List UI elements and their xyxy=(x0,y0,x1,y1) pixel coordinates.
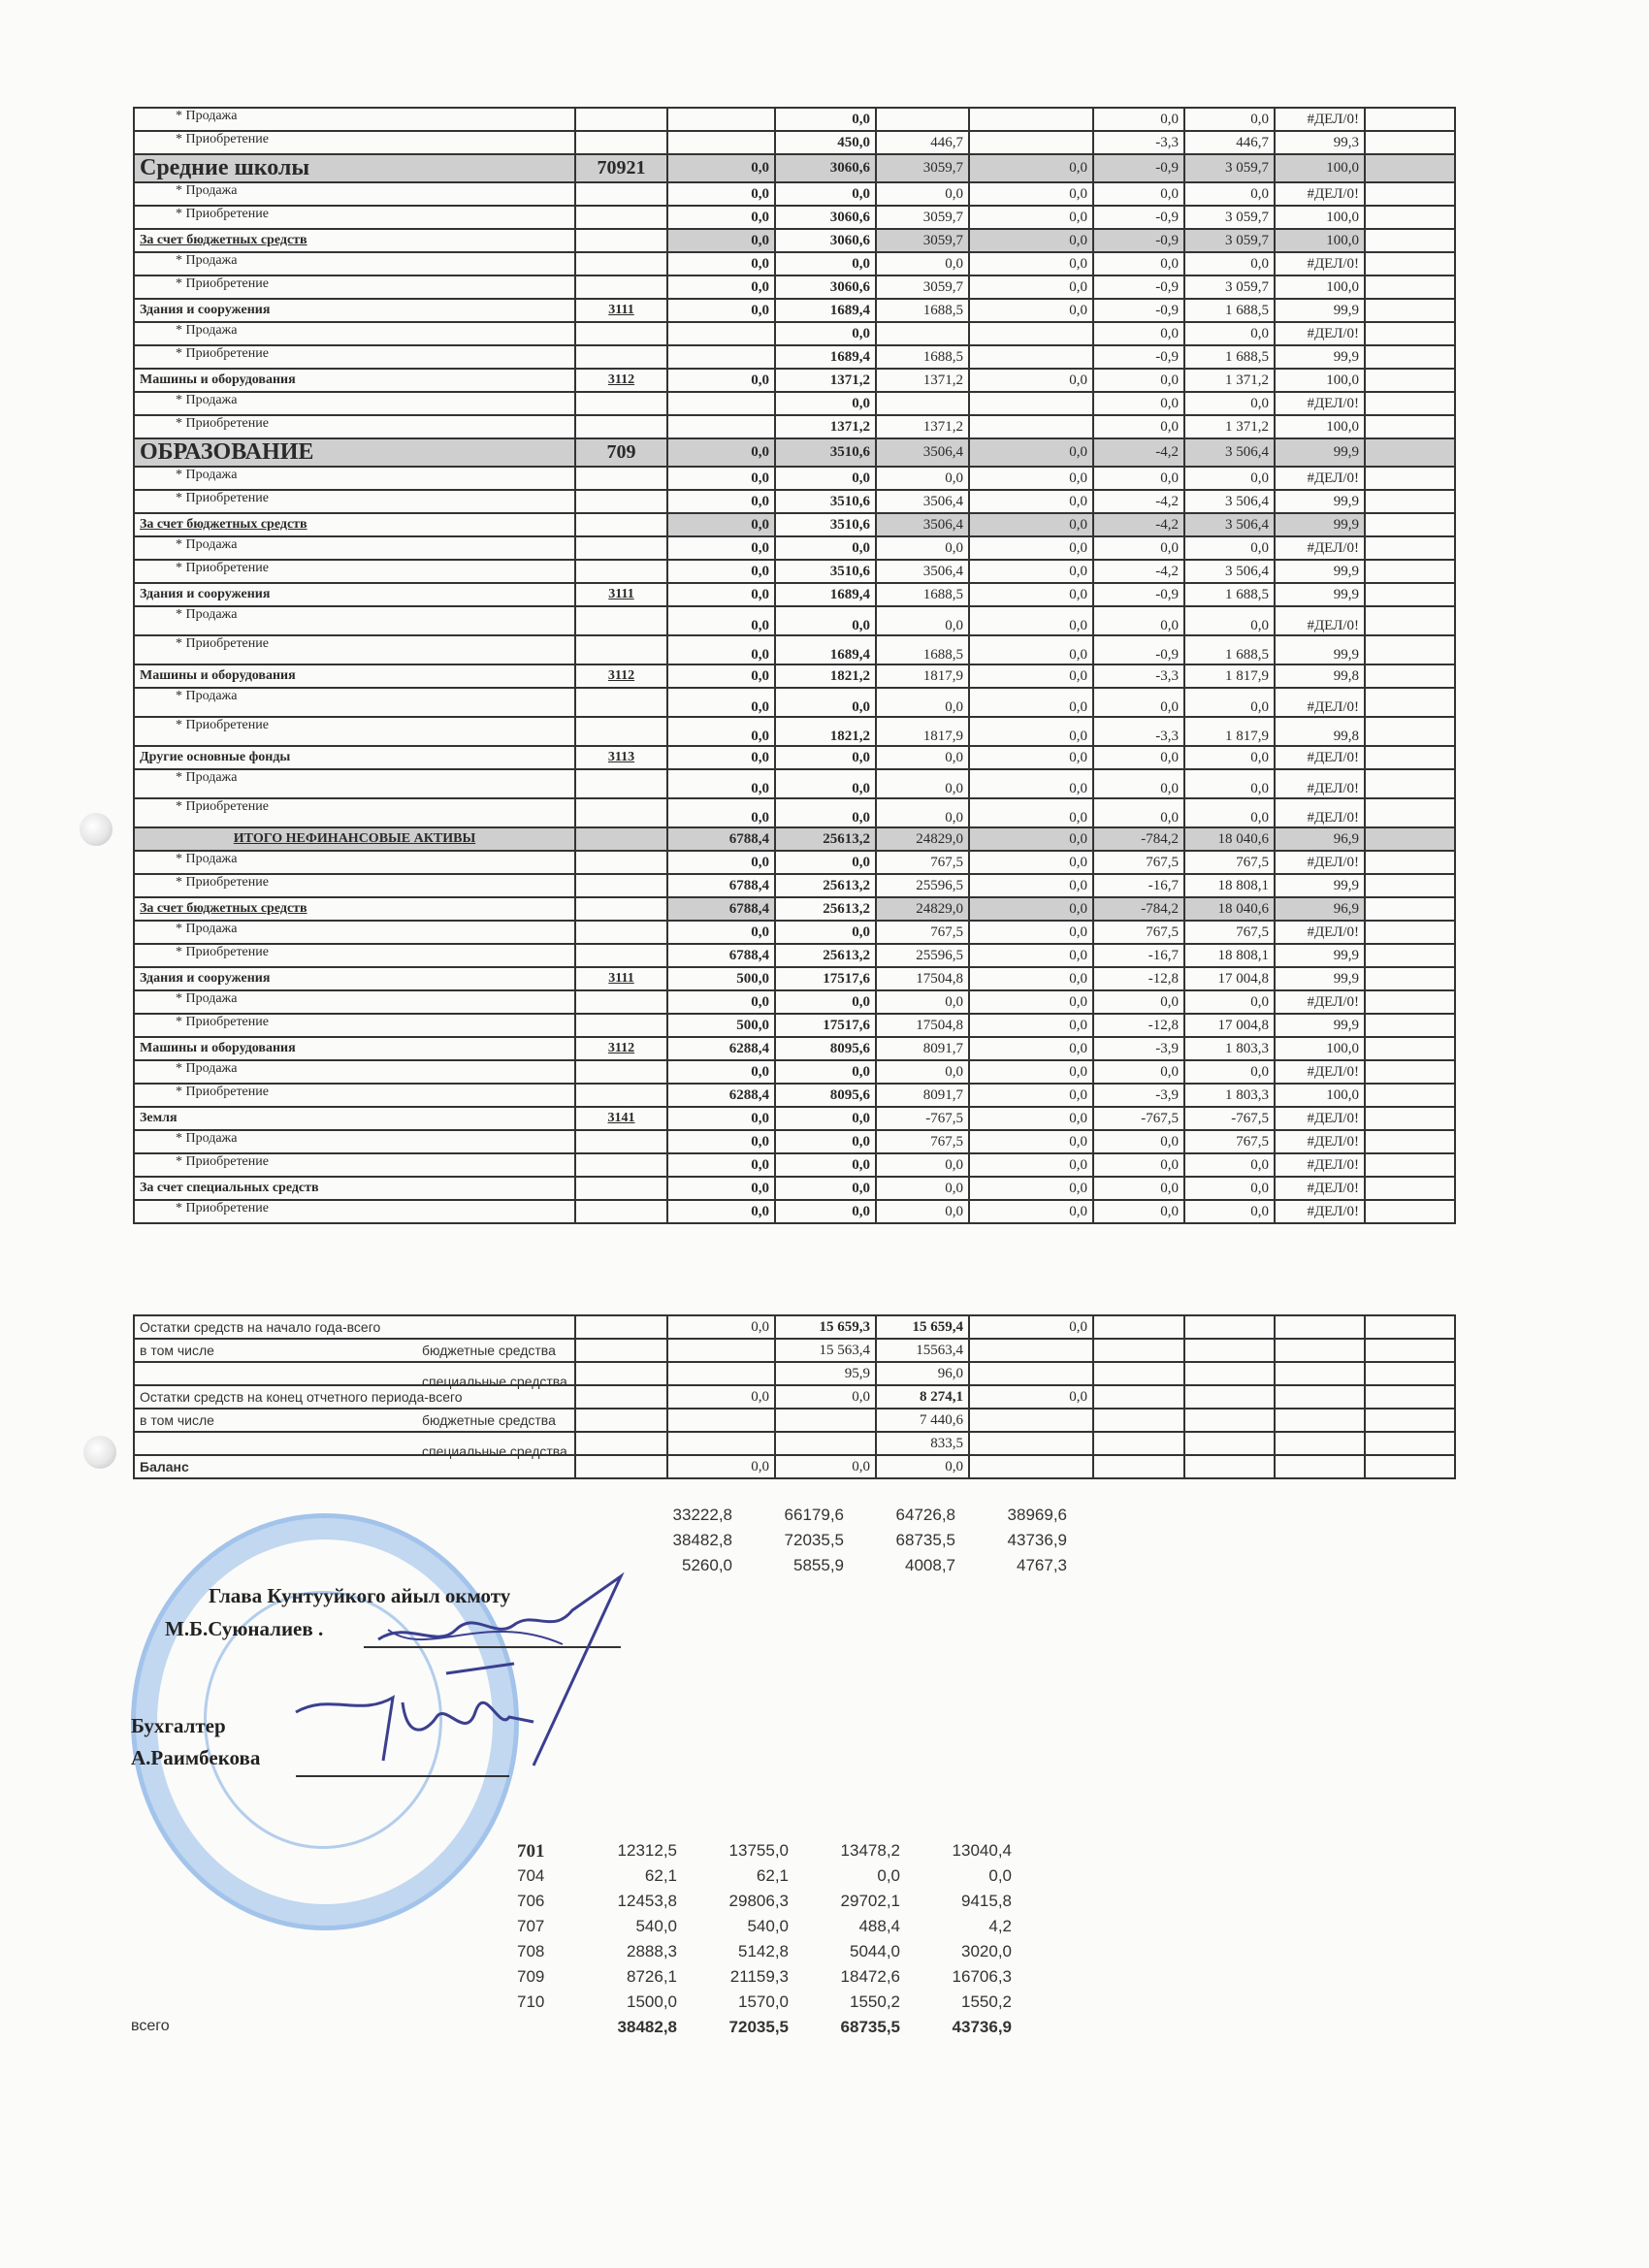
cell-col-3: 0,0 xyxy=(876,798,969,827)
cell-col-5: 0,0 xyxy=(1093,392,1184,415)
cell-col-8 xyxy=(1365,206,1455,229)
table-row: * Приобретение6788,425613,225596,50,0-16… xyxy=(134,874,1455,897)
cell-col-7: 99,9 xyxy=(1275,560,1365,583)
cell-col-4: 0,0 xyxy=(969,897,1093,921)
cell-col-2: 3060,6 xyxy=(775,229,876,252)
cell-col-5: 0,0 xyxy=(1093,182,1184,206)
row-code: 3113 xyxy=(575,746,667,769)
cell-col-2: 1821,2 xyxy=(775,717,876,746)
balance-row: в том числебюджетные средства7 440,6 xyxy=(134,1409,1455,1432)
cell-col-3: 3059,7 xyxy=(876,275,969,299)
cell-col-5: -4,2 xyxy=(1093,513,1184,536)
cell-col-3: 0,0 xyxy=(876,688,969,717)
cell-col-7: 99,9 xyxy=(1275,438,1365,467)
cell-col-4: 0,0 xyxy=(969,252,1093,275)
cell-col-4: 0,0 xyxy=(969,182,1093,206)
code-total-value: 38482,8 xyxy=(575,2018,677,2043)
row-code xyxy=(575,717,667,746)
table-row: * Приобретение0,03060,63059,70,0-0,93 05… xyxy=(134,275,1455,299)
balance-row: специальные средства95,996,0 xyxy=(134,1362,1455,1385)
cell-col-3: 3506,4 xyxy=(876,490,969,513)
cell-col-1 xyxy=(667,415,775,438)
cell-col-4: 0,0 xyxy=(969,1130,1093,1153)
row-label: * Продажа xyxy=(134,108,575,131)
cell-col-4: 0,0 xyxy=(969,1153,1093,1177)
cell-col-6: 0,0 xyxy=(1184,467,1275,490)
cell-col-5: -0,9 xyxy=(1093,345,1184,369)
code-value: 16706,3 xyxy=(900,1967,1012,1993)
row-label: * Продажа xyxy=(134,990,575,1014)
table-row: За счет бюджетных средств0,03510,63506,4… xyxy=(134,513,1455,536)
cell-col-8 xyxy=(1365,874,1455,897)
table-row: За счет специальных средств0,00,00,00,00… xyxy=(134,1177,1455,1200)
row-label: * Приобретение xyxy=(134,1084,575,1107)
row-label: За счет бюджетных средств xyxy=(134,897,575,921)
balance-cell-col-7 xyxy=(1275,1362,1365,1385)
summary-value: 4008,7 xyxy=(844,1556,955,1581)
row-code xyxy=(575,182,667,206)
cell-col-8 xyxy=(1365,182,1455,206)
cell-col-8 xyxy=(1365,1060,1455,1084)
row-code xyxy=(575,131,667,154)
cell-col-6: 3 506,4 xyxy=(1184,438,1275,467)
balance-cell-col-5 xyxy=(1093,1455,1184,1478)
balance-cell-col-1 xyxy=(667,1432,775,1455)
balance-cell-col-3: 0,0 xyxy=(876,1455,969,1478)
summary-value: 38969,6 xyxy=(955,1506,1067,1531)
code-row: 7098726,121159,318472,616706,3 xyxy=(517,1967,1012,1993)
balance-cell-col-3: 833,5 xyxy=(876,1432,969,1455)
cell-col-4: 0,0 xyxy=(969,369,1093,392)
cell-col-6: 17 004,8 xyxy=(1184,967,1275,990)
table-row: * Продажа0,00,00,00,00,00,0#ДЕЛ/0! xyxy=(134,467,1455,490)
row-label: Здания и сооружения xyxy=(134,967,575,990)
balance-code xyxy=(575,1455,667,1478)
row-code xyxy=(575,1153,667,1177)
table-row: * Приобретение500,017517,617504,80,0-12,… xyxy=(134,1014,1455,1037)
row-code xyxy=(575,769,667,798)
code-total-value: 68735,5 xyxy=(789,2018,900,2043)
balance-cell-col-7 xyxy=(1275,1385,1365,1409)
cell-col-1: 500,0 xyxy=(667,1014,775,1037)
row-code: 3111 xyxy=(575,583,667,606)
row-label: * Продажа xyxy=(134,921,575,944)
cell-col-7: #ДЕЛ/0! xyxy=(1275,851,1365,874)
code-label: 710 xyxy=(517,1993,575,2018)
row-code: 70921 xyxy=(575,154,667,182)
code-row: 7101500,01570,01550,21550,2 xyxy=(517,1993,1012,2018)
table-row: * Приобретение0,00,00,00,00,00,0#ДЕЛ/0! xyxy=(134,798,1455,827)
cell-col-4: 0,0 xyxy=(969,664,1093,688)
table-row: Здания и сооружения31110,01689,41688,50,… xyxy=(134,583,1455,606)
row-code xyxy=(575,1084,667,1107)
cell-col-2: 0,0 xyxy=(775,536,876,560)
balance-cell-col-2 xyxy=(775,1432,876,1455)
cell-col-1: 0,0 xyxy=(667,560,775,583)
balance-cell-col-5 xyxy=(1093,1432,1184,1455)
cell-col-7: #ДЕЛ/0! xyxy=(1275,467,1365,490)
code-value: 0,0 xyxy=(900,1866,1012,1892)
row-label: * Приобретение xyxy=(134,874,575,897)
cell-col-7: 99,8 xyxy=(1275,717,1365,746)
cell-col-8 xyxy=(1365,606,1455,635)
table-row: * Продажа0,00,00,00,00,00,0#ДЕЛ/0! xyxy=(134,606,1455,635)
summary-value: 5855,9 xyxy=(732,1556,844,1581)
cell-col-2: 0,0 xyxy=(775,108,876,131)
cell-col-2: 8095,6 xyxy=(775,1037,876,1060)
cell-col-8 xyxy=(1365,897,1455,921)
cell-col-6: 3 506,4 xyxy=(1184,560,1275,583)
cell-col-5: -4,2 xyxy=(1093,438,1184,467)
row-label: * Приобретение xyxy=(134,717,575,746)
code-summary: 70112312,513755,013478,213040,470462,162… xyxy=(517,1841,1012,2043)
cell-col-7: 100,0 xyxy=(1275,415,1365,438)
cell-col-6: 0,0 xyxy=(1184,392,1275,415)
cell-col-3: 0,0 xyxy=(876,252,969,275)
row-code xyxy=(575,513,667,536)
cell-col-8 xyxy=(1365,921,1455,944)
cell-col-8 xyxy=(1365,1130,1455,1153)
cell-col-6: 18 808,1 xyxy=(1184,874,1275,897)
cell-col-6: -767,5 xyxy=(1184,1107,1275,1130)
row-code: 3112 xyxy=(575,369,667,392)
balance-cell-col-2: 0,0 xyxy=(775,1385,876,1409)
table-row: * Приобретение450,0446,7-3,3446,799,3 xyxy=(134,131,1455,154)
row-code xyxy=(575,1177,667,1200)
cell-col-3: 17504,8 xyxy=(876,1014,969,1037)
balance-code xyxy=(575,1385,667,1409)
row-code: 3141 xyxy=(575,1107,667,1130)
row-label: ИТОГО НЕФИНАНСОВЫЕ АКТИВЫ xyxy=(134,827,575,851)
cell-col-1: 0,0 xyxy=(667,921,775,944)
table-row: * Приобретение1371,21371,20,01 371,2100,… xyxy=(134,415,1455,438)
row-label: * Продажа xyxy=(134,1130,575,1153)
balance-cell-col-2: 15 659,3 xyxy=(775,1315,876,1339)
cell-col-6: 0,0 xyxy=(1184,1060,1275,1084)
cell-col-3: 1688,5 xyxy=(876,299,969,322)
cell-col-8 xyxy=(1365,990,1455,1014)
row-label: * Приобретение xyxy=(134,798,575,827)
cell-col-8 xyxy=(1365,1037,1455,1060)
balance-code xyxy=(575,1409,667,1432)
cell-col-1: 0,0 xyxy=(667,369,775,392)
cell-col-1 xyxy=(667,322,775,345)
table-row: Земля31410,00,0-767,50,0-767,5-767,5#ДЕЛ… xyxy=(134,1107,1455,1130)
cell-col-7: 96,9 xyxy=(1275,827,1365,851)
cell-col-1: 0,0 xyxy=(667,490,775,513)
cell-col-7: #ДЕЛ/0! xyxy=(1275,688,1365,717)
row-label: * Приобретение xyxy=(134,490,575,513)
cell-col-1: 0,0 xyxy=(667,688,775,717)
cell-col-8 xyxy=(1365,967,1455,990)
cell-col-4: 0,0 xyxy=(969,606,1093,635)
code-value: 13478,2 xyxy=(789,1841,900,1866)
cell-col-3: 3506,4 xyxy=(876,513,969,536)
balance-row: в том числебюджетные средства15 563,4155… xyxy=(134,1339,1455,1362)
cell-col-6: 1 371,2 xyxy=(1184,369,1275,392)
row-code xyxy=(575,1200,667,1223)
cell-col-8 xyxy=(1365,798,1455,827)
cell-col-5: 0,0 xyxy=(1093,252,1184,275)
cell-col-3: 0,0 xyxy=(876,467,969,490)
balance-cell-col-3: 8 274,1 xyxy=(876,1385,969,1409)
cell-col-4: 0,0 xyxy=(969,513,1093,536)
cell-col-7: 99,9 xyxy=(1275,967,1365,990)
cell-col-6: 3 059,7 xyxy=(1184,275,1275,299)
cell-col-5: -0,9 xyxy=(1093,583,1184,606)
cell-col-7: 99,9 xyxy=(1275,944,1365,967)
row-label: * Приобретение xyxy=(134,131,575,154)
code-value: 488,4 xyxy=(789,1917,900,1942)
table-row: * Продажа0,00,00,0#ДЕЛ/0! xyxy=(134,392,1455,415)
cell-col-5: -3,9 xyxy=(1093,1037,1184,1060)
row-label: За счет бюджетных средств xyxy=(134,229,575,252)
cell-col-6: 0,0 xyxy=(1184,1200,1275,1223)
cell-col-7: #ДЕЛ/0! xyxy=(1275,769,1365,798)
cell-col-5: -12,8 xyxy=(1093,967,1184,990)
cell-col-2: 0,0 xyxy=(775,322,876,345)
cell-col-1 xyxy=(667,131,775,154)
cell-col-4: 0,0 xyxy=(969,560,1093,583)
cell-col-5: -3,3 xyxy=(1093,664,1184,688)
cell-col-3: 0,0 xyxy=(876,769,969,798)
cell-col-3: 446,7 xyxy=(876,131,969,154)
balance-cell-col-1: 0,0 xyxy=(667,1455,775,1478)
code-label: 704 xyxy=(517,1866,575,1892)
cell-col-3: 767,5 xyxy=(876,1130,969,1153)
summary-value: 33222,8 xyxy=(640,1506,732,1531)
cell-col-6: 1 688,5 xyxy=(1184,635,1275,664)
cell-col-6: 18 040,6 xyxy=(1184,827,1275,851)
cell-col-5: -0,9 xyxy=(1093,229,1184,252)
cell-col-6: 0,0 xyxy=(1184,606,1275,635)
cell-col-5: -4,2 xyxy=(1093,490,1184,513)
cell-col-4: 0,0 xyxy=(969,635,1093,664)
balance-cell-col-7 xyxy=(1275,1409,1365,1432)
row-label: * Приобретение xyxy=(134,415,575,438)
cell-col-7: 100,0 xyxy=(1275,206,1365,229)
cell-col-4 xyxy=(969,322,1093,345)
cell-col-6: 1 371,2 xyxy=(1184,415,1275,438)
code-value: 5142,8 xyxy=(677,1942,789,1967)
cell-col-3: 1371,2 xyxy=(876,369,969,392)
row-code: 709 xyxy=(575,438,667,467)
cell-col-7: 99,9 xyxy=(1275,635,1365,664)
row-label: Здания и сооружения xyxy=(134,583,575,606)
row-code xyxy=(575,990,667,1014)
cell-col-5: -0,9 xyxy=(1093,154,1184,182)
cell-col-8 xyxy=(1365,275,1455,299)
row-code xyxy=(575,606,667,635)
balance-label: Остатки средств на начало года-всего xyxy=(134,1315,575,1339)
cell-col-1: 0,0 xyxy=(667,1130,775,1153)
table-row: За счет бюджетных средств6788,425613,224… xyxy=(134,897,1455,921)
cell-col-4: 0,0 xyxy=(969,717,1093,746)
cell-col-2: 0,0 xyxy=(775,182,876,206)
cell-col-2: 0,0 xyxy=(775,921,876,944)
cell-col-8 xyxy=(1365,746,1455,769)
cell-col-1: 0,0 xyxy=(667,1153,775,1177)
cell-col-6: 0,0 xyxy=(1184,536,1275,560)
cell-col-5: -0,9 xyxy=(1093,299,1184,322)
cell-col-1: 0,0 xyxy=(667,154,775,182)
cell-col-3: 767,5 xyxy=(876,921,969,944)
balance-row: специальные средства833,5 xyxy=(134,1432,1455,1455)
row-code xyxy=(575,536,667,560)
balance-cell-col-6 xyxy=(1184,1339,1275,1362)
cell-col-3: 3506,4 xyxy=(876,438,969,467)
cell-col-7: #ДЕЛ/0! xyxy=(1275,1107,1365,1130)
cell-col-1: 0,0 xyxy=(667,182,775,206)
code-label: 706 xyxy=(517,1892,575,1917)
table-row: * Продажа0,00,00,00,00,00,0#ДЕЛ/0! xyxy=(134,182,1455,206)
balance-cell-col-1 xyxy=(667,1339,775,1362)
summary-row: 5260,05855,94008,74767,3 xyxy=(640,1556,1067,1581)
table-row: Машины и оборудования31120,01821,21817,9… xyxy=(134,664,1455,688)
code-value: 1570,0 xyxy=(677,1993,789,2018)
balance-cell-col-5 xyxy=(1093,1339,1184,1362)
cell-col-2: 1689,4 xyxy=(775,299,876,322)
balance-cell-col-4 xyxy=(969,1362,1093,1385)
cell-col-7: #ДЕЛ/0! xyxy=(1275,798,1365,827)
code-value: 3020,0 xyxy=(900,1942,1012,1967)
cell-col-6: 1 817,9 xyxy=(1184,717,1275,746)
table-row: * Продажа0,00,00,00,00,00,0#ДЕЛ/0! xyxy=(134,769,1455,798)
row-code xyxy=(575,322,667,345)
table-row: * Продажа0,00,00,00,00,00,0#ДЕЛ/0! xyxy=(134,688,1455,717)
cell-col-3: 17504,8 xyxy=(876,967,969,990)
balance-cell-col-5 xyxy=(1093,1409,1184,1432)
cell-col-2: 0,0 xyxy=(775,467,876,490)
code-value: 1550,2 xyxy=(789,1993,900,2018)
cell-col-7: #ДЕЛ/0! xyxy=(1275,606,1365,635)
balance-cell-col-1 xyxy=(667,1362,775,1385)
cell-col-3: 1688,5 xyxy=(876,635,969,664)
summary-value: 64726,8 xyxy=(844,1506,955,1531)
summary-value: 68735,5 xyxy=(844,1531,955,1556)
code-value: 13755,0 xyxy=(677,1841,789,1866)
balance-cell-col-6 xyxy=(1184,1455,1275,1478)
cell-col-8 xyxy=(1365,944,1455,967)
balance-cell-col-4 xyxy=(969,1455,1093,1478)
cell-col-1: 0,0 xyxy=(667,606,775,635)
cell-col-5: 0,0 xyxy=(1093,990,1184,1014)
row-label: * Продажа xyxy=(134,392,575,415)
balance-cell-col-1: 0,0 xyxy=(667,1315,775,1339)
cell-col-2: 0,0 xyxy=(775,990,876,1014)
cell-col-4: 0,0 xyxy=(969,1014,1093,1037)
code-row: 70612453,829806,329702,19415,8 xyxy=(517,1892,1012,1917)
cell-col-2: 1689,4 xyxy=(775,583,876,606)
balance-cell-col-8 xyxy=(1365,1455,1455,1478)
balance-cell-col-3: 15563,4 xyxy=(876,1339,969,1362)
cell-col-8 xyxy=(1365,1014,1455,1037)
row-code xyxy=(575,944,667,967)
cell-col-6: 3 059,7 xyxy=(1184,154,1275,182)
cell-col-8 xyxy=(1365,299,1455,322)
code-value: 21159,3 xyxy=(677,1967,789,1993)
row-code xyxy=(575,252,667,275)
table-row: * Продажа0,00,00,00,00,00,0#ДЕЛ/0! xyxy=(134,1060,1455,1084)
cell-col-5: 0,0 xyxy=(1093,1130,1184,1153)
cell-col-2: 25613,2 xyxy=(775,944,876,967)
row-label: ОБРАЗОВАНИЕ xyxy=(134,438,575,467)
row-label: * Приобретение xyxy=(134,1153,575,1177)
cell-col-8 xyxy=(1365,635,1455,664)
cell-col-4: 0,0 xyxy=(969,874,1093,897)
cell-col-1: 6288,4 xyxy=(667,1084,775,1107)
balance-cell-col-8 xyxy=(1365,1315,1455,1339)
accountant-signature xyxy=(291,1673,543,1780)
cell-col-1 xyxy=(667,345,775,369)
code-value: 62,1 xyxy=(575,1866,677,1892)
table-row: * Приобретение0,03510,63506,40,0-4,23 50… xyxy=(134,560,1455,583)
accountant-title: Бухгалтер xyxy=(131,1714,226,1738)
table-row: * Приобретение6788,425613,225596,50,0-16… xyxy=(134,944,1455,967)
row-label: * Продажа xyxy=(134,851,575,874)
code-value: 9415,8 xyxy=(900,1892,1012,1917)
balance-cell-col-1: 0,0 xyxy=(667,1385,775,1409)
code-label: 708 xyxy=(517,1942,575,1967)
cell-col-2: 0,0 xyxy=(775,798,876,827)
code-value: 1550,2 xyxy=(900,1993,1012,2018)
cell-col-3: 0,0 xyxy=(876,1153,969,1177)
cell-col-3: 3059,7 xyxy=(876,229,969,252)
row-label: * Приобретение xyxy=(134,275,575,299)
cell-col-2: 1689,4 xyxy=(775,345,876,369)
cell-col-4: 0,0 xyxy=(969,490,1093,513)
cell-col-5: 767,5 xyxy=(1093,921,1184,944)
cell-col-1: 0,0 xyxy=(667,206,775,229)
balance-cell-col-3: 96,0 xyxy=(876,1362,969,1385)
balance-code xyxy=(575,1339,667,1362)
cell-col-7: #ДЕЛ/0! xyxy=(1275,1060,1365,1084)
cell-col-7: #ДЕЛ/0! xyxy=(1275,746,1365,769)
table-row: * Приобретение0,03510,63506,40,0-4,23 50… xyxy=(134,490,1455,513)
cell-col-1: 0,0 xyxy=(667,536,775,560)
cell-col-4: 0,0 xyxy=(969,967,1093,990)
cell-col-7: 99,3 xyxy=(1275,131,1365,154)
cell-col-4: 0,0 xyxy=(969,299,1093,322)
cell-col-4 xyxy=(969,131,1093,154)
cell-col-4: 0,0 xyxy=(969,1060,1093,1084)
code-value: 2888,3 xyxy=(575,1942,677,1967)
table-row: * Продажа0,00,00,00,00,00,0#ДЕЛ/0! xyxy=(134,990,1455,1014)
cell-col-2: 3510,6 xyxy=(775,490,876,513)
head-name: М.Б.Суюналиев . xyxy=(165,1617,323,1641)
code-total-value: 72035,5 xyxy=(677,2018,789,2043)
cell-col-6: 17 004,8 xyxy=(1184,1014,1275,1037)
row-label: За счет специальных средств xyxy=(134,1177,575,1200)
cell-col-8 xyxy=(1365,252,1455,275)
table-row: ИТОГО НЕФИНАНСОВЫЕ АКТИВЫ6788,425613,224… xyxy=(134,827,1455,851)
cell-col-7: #ДЕЛ/0! xyxy=(1275,1130,1365,1153)
cell-col-1: 0,0 xyxy=(667,275,775,299)
cell-col-2: 0,0 xyxy=(775,769,876,798)
balance-code xyxy=(575,1432,667,1455)
cell-col-1: 0,0 xyxy=(667,798,775,827)
cell-col-6: 0,0 xyxy=(1184,798,1275,827)
table-row: Здания и сооружения31110,01689,41688,50,… xyxy=(134,299,1455,322)
cell-col-8 xyxy=(1365,536,1455,560)
cell-col-1: 0,0 xyxy=(667,229,775,252)
cell-col-7: #ДЕЛ/0! xyxy=(1275,1177,1365,1200)
balance-cell-col-4: 0,0 xyxy=(969,1315,1093,1339)
row-code xyxy=(575,1130,667,1153)
cell-col-5: 0,0 xyxy=(1093,536,1184,560)
cell-col-6: 18 808,1 xyxy=(1184,944,1275,967)
cell-col-3: 1688,5 xyxy=(876,345,969,369)
